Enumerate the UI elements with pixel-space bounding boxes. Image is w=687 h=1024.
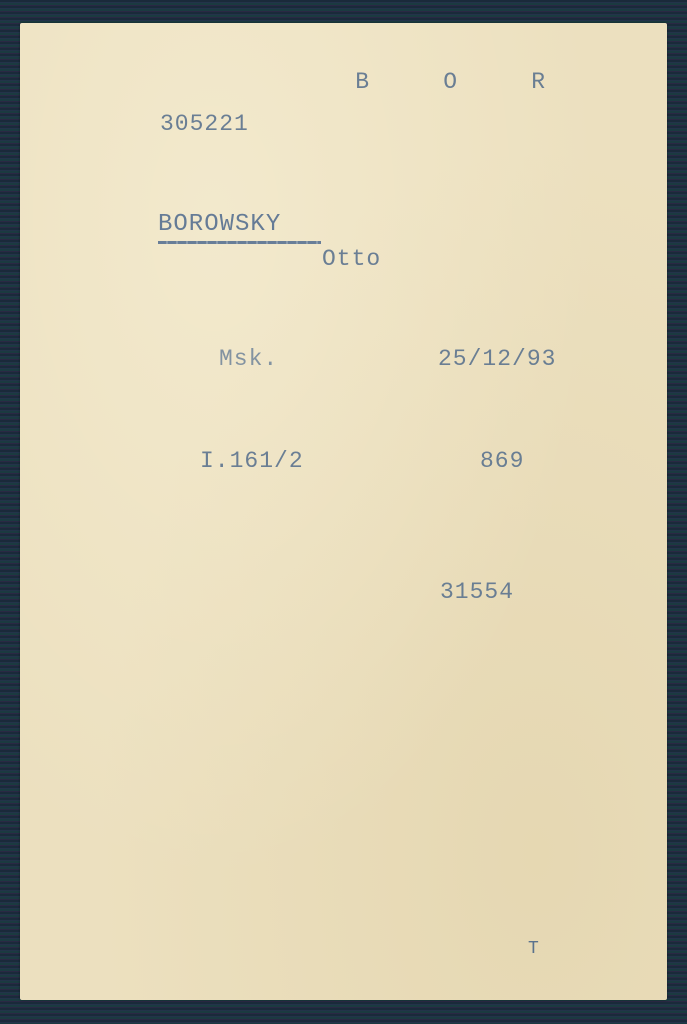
record-number: 31554 [440, 581, 514, 604]
place-of-birth: Msk. [219, 348, 278, 371]
reference-number: I.161/2 [200, 450, 304, 473]
code-number: 869 [480, 450, 524, 473]
header-letter: R [531, 71, 619, 94]
header-letter: B [355, 71, 443, 94]
header-letters: BOR [300, 48, 619, 117]
index-card: BOR 305221 BOROWSKY Otto Msk. 25/12/93 I… [20, 23, 667, 1000]
surname-underline [158, 241, 321, 244]
header-letter: O [443, 71, 531, 94]
date-of-birth: 25/12/93 [438, 348, 556, 371]
surname: BOROWSKY [158, 213, 281, 241]
given-name: Otto [322, 248, 381, 271]
corner-mark: T [528, 940, 540, 958]
id-number: 305221 [160, 113, 249, 136]
